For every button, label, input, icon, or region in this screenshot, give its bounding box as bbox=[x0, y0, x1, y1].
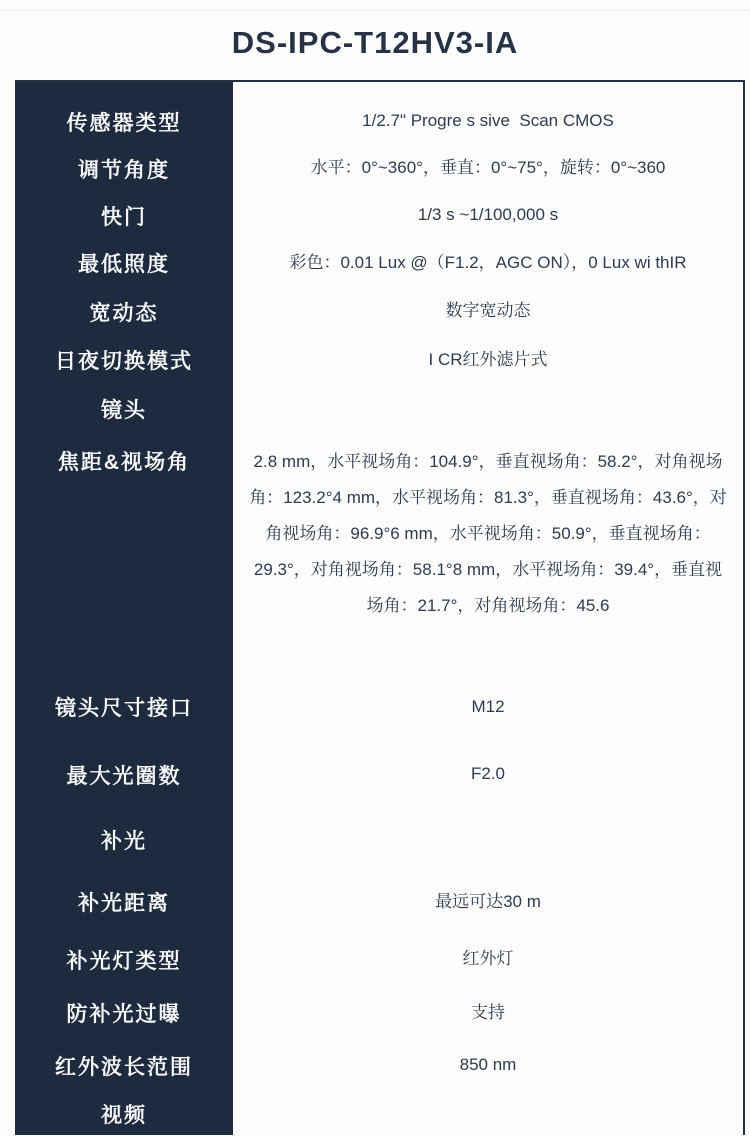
spec-row-focal-length-fov: 焦距&视场角 2.8 mm，水平视场角：104.9°，垂直视场角：58.2°，对… bbox=[15, 434, 743, 672]
spec-value: 数字宽动态 bbox=[233, 287, 743, 336]
spec-value: 1/3 s ~1/100,000 s bbox=[233, 192, 743, 239]
spec-row-shutter: 快门 1/3 s ~1/100,000 s bbox=[15, 192, 743, 239]
spec-value: 2.8 mm，水平视场角：104.9°，垂直视场角：58.2°，对角视场角：12… bbox=[233, 434, 743, 672]
spec-row-anti-overexposure: 防补光过曝 支持 bbox=[15, 987, 743, 1039]
spec-label: 补光灯类型 bbox=[15, 932, 233, 987]
spec-row-max-aperture: 最大光圈数 F2.0 bbox=[15, 742, 743, 807]
spec-label: 防补光过曝 bbox=[15, 987, 233, 1039]
spec-row-wdr: 宽动态 数字宽动态 bbox=[15, 287, 743, 336]
spec-label: 最大光圈数 bbox=[15, 742, 233, 807]
spec-table-top-padding-row bbox=[15, 82, 743, 98]
spec-row-min-illumination: 最低照度 彩色：0.01 Lux @（F1.2，AGC ON），0 Lux wi… bbox=[15, 239, 743, 287]
spec-value bbox=[233, 807, 743, 872]
spec-label: 镜头尺寸接口 bbox=[15, 672, 233, 742]
spec-row-ir-wavelength: 红外波长范围 850 nm bbox=[15, 1039, 743, 1092]
spec-value bbox=[233, 384, 743, 434]
spec-row-video-section: 视频 bbox=[15, 1092, 743, 1135]
spec-value: 水平：0°~360°，垂直：0°~75°，旋转：0°~360 bbox=[233, 145, 743, 192]
spec-value: 1/2.7" Progre s sive Scan CMOS bbox=[233, 98, 743, 145]
spec-value-spacer bbox=[233, 82, 743, 98]
spec-value: 最远可达30 m bbox=[233, 872, 743, 932]
spec-row-sensor-type: 传感器类型 1/2.7" Progre s sive Scan CMOS bbox=[15, 98, 743, 145]
spec-label: 快门 bbox=[15, 192, 233, 239]
spec-label: 传感器类型 bbox=[15, 98, 233, 145]
spec-label: 视频 bbox=[15, 1092, 233, 1135]
spec-label: 焦距&视场角 bbox=[15, 434, 233, 672]
spec-value: 彩色：0.01 Lux @（F1.2，AGC ON），0 Lux wi thIR bbox=[233, 239, 743, 287]
spec-label: 最低照度 bbox=[15, 239, 233, 287]
spec-row-supplement-light-section: 补光 bbox=[15, 807, 743, 872]
spec-label: 红外波长范围 bbox=[15, 1039, 233, 1092]
spec-row-lens-mount: 镜头尺寸接口 M12 bbox=[15, 672, 743, 742]
spec-row-supplement-light-range: 补光距离 最远可达30 m bbox=[15, 872, 743, 932]
spec-value: F2.0 bbox=[233, 742, 743, 807]
spec-label: 日夜切换模式 bbox=[15, 336, 233, 384]
spec-row-day-night-mode: 日夜切换模式 I CR红外滤片式 bbox=[15, 336, 743, 384]
spec-value: I CR红外滤片式 bbox=[233, 336, 743, 384]
spec-label: 补光 bbox=[15, 807, 233, 872]
spec-value: 850 nm bbox=[233, 1039, 743, 1092]
spec-row-supplement-light-type: 补光灯类型 红外灯 bbox=[15, 932, 743, 987]
spec-label: 镜头 bbox=[15, 384, 233, 434]
top-divider bbox=[0, 10, 750, 11]
spec-table: 传感器类型 1/2.7" Progre s sive Scan CMOS 调节角… bbox=[15, 80, 745, 1135]
spec-label: 补光距离 bbox=[15, 872, 233, 932]
spec-value bbox=[233, 1092, 743, 1135]
spec-value: 红外灯 bbox=[233, 932, 743, 987]
spec-row-adjustment-angle: 调节角度 水平：0°~360°，垂直：0°~75°，旋转：0°~360 bbox=[15, 145, 743, 192]
spec-value: 支持 bbox=[233, 987, 743, 1039]
spec-value: M12 bbox=[233, 672, 743, 742]
spec-label: 宽动态 bbox=[15, 287, 233, 336]
spec-label-spacer bbox=[15, 82, 233, 98]
spec-label: 调节角度 bbox=[15, 145, 233, 192]
spec-row-lens-section: 镜头 bbox=[15, 384, 743, 434]
